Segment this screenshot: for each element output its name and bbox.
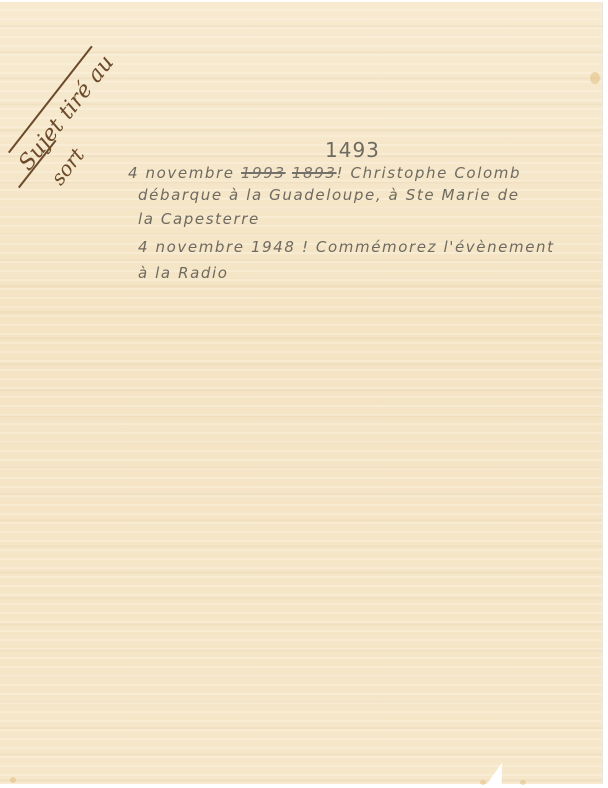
paper-stain (520, 780, 526, 785)
paper-stain (10, 777, 16, 783)
struck-year-1: 1993 (241, 164, 286, 182)
margin-note: Sujet tiré au sort (14, 10, 162, 184)
body-line-1: 4 novembre 1993 1893! Christophe Colomb (128, 164, 521, 182)
body-line-4: 4 novembre 1948 ! Commémorez l'évènement (138, 238, 555, 256)
paper-tear (486, 760, 509, 788)
body-line-5: à la Radio (138, 264, 229, 282)
corrected-year: 1493 (325, 138, 380, 162)
paper-stain (590, 72, 600, 84)
struck-year-2: 1893 (292, 164, 337, 182)
paper-stain (480, 780, 486, 785)
body-line-2: débarque à la Guadeloupe, à Ste Marie de (138, 186, 520, 204)
line1-prefix: 4 novembre (128, 164, 235, 182)
body-line-3: la Capesterre (138, 210, 260, 228)
document-page: Sujet tiré au sort 1493 4 novembre 1993 … (0, 2, 603, 784)
line1-suffix: ! Christophe Colomb (337, 164, 522, 182)
